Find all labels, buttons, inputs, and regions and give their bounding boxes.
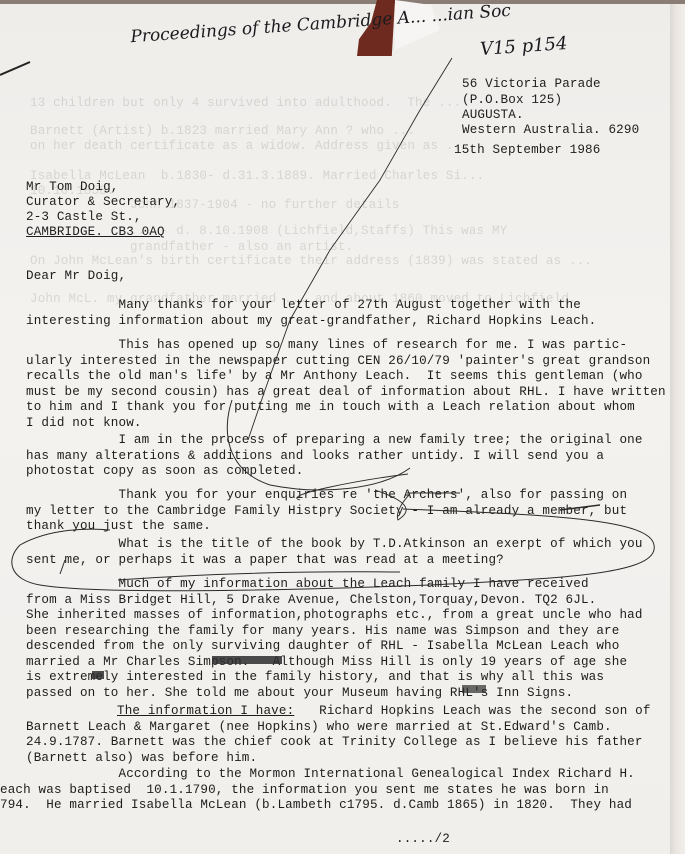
sender-address-line: 56 Victoria Parade [462,77,601,93]
information-line: 794. He married Isabella McLean (b.Lambe… [0,798,632,814]
body-line: She inherited masses of information,phot… [26,608,643,624]
body-line: sent me, or perhaps it was a paper that … [26,553,504,569]
body-line: has many alterations & additions and loo… [26,449,604,465]
body-line: ularly interested in the newspaper cutti… [26,354,650,370]
show-through-line: ... - d. 8.10.1908 (Lichfield,Staffs) Th… [130,224,507,238]
body-line: married a Mr Charles Simpson. Although M… [26,655,627,671]
page-continuation: ...../2 [396,832,450,848]
information-line: each was baptised 10.1.1790, the informa… [0,783,609,799]
letter-date: 15th September 1986 [454,143,600,159]
recipient-name: Mr Tom Doig, [26,180,119,196]
information-line: 24.9.1787. Barnett was the chief cook at… [26,735,643,751]
body-line: passed on to her. She told me about your… [26,686,573,702]
show-through-line: On John McLean's birth certificate their… [30,254,592,268]
recipient-street: 2-3 Castle St., [26,210,142,226]
information-heading: The information I have: [117,704,294,720]
sender-address-line: Western Australia. 6290 [462,123,639,139]
body-line: What is the title of the book by T.D.Atk… [26,537,643,553]
body-line: from a Miss Bridget Hill, 5 Drake Avenue… [26,593,596,609]
body-line: I am in the process of preparing a new f… [26,433,643,449]
information-line: (Barnett also) was before him. [26,751,257,767]
page-edge [670,0,685,854]
body-line: interesting information about my great-g… [26,314,596,330]
body-line: descended from the only surviving daught… [26,639,619,655]
body-line: is extremely interested in the family hi… [26,670,604,686]
body-line: must be my second cousin) has a great de… [26,385,666,401]
body-line: Thank you for your enquiries re 'the Arc… [26,488,627,504]
body-line: Much of my information about the Leach f… [26,577,589,593]
show-through-line: on her death certificate as a widow. Add… [30,139,469,153]
background-strip [0,0,685,4]
show-through-line: 13 children but only 4 survived into adu… [30,96,461,110]
sender-address-line: (P.O.Box 125) [462,93,562,109]
salutation: Dear Mr Doig, [26,269,126,285]
body-line: This has opened up so many lines of rese… [26,338,627,354]
body-line: photostat copy as soon as completed. [26,464,303,480]
body-line: I did not know. [26,416,142,432]
body-line: Many thanks for your letter of 27th Augu… [26,298,581,314]
body-line: been researching the family for many yea… [26,624,619,640]
body-line: recalls the old man's life' by a Mr Anth… [26,369,643,385]
information-line: Richard Hopkins Leach was the second son… [296,704,651,720]
information-line: Barnett Leach & Margaret (nee Hopkins) w… [26,720,612,736]
body-line: thank you just the same. [26,519,211,535]
recipient-title: Curator & Secretary, [26,195,180,211]
sender-address-line: AUGUSTA. [462,108,524,124]
information-line: According to the Mormon International Ge… [26,767,635,783]
recipient-city: CAMBRIDGE. CB3 0AQ [26,225,165,241]
show-through-line: Barnett (Artist) b.1823 married Mary Ann… [30,124,415,138]
body-line: my letter to the Cambridge Family Histpr… [26,504,627,520]
body-line: to him and I thank you for putting me in… [26,400,635,416]
show-through-line: grandfather - also an artist. [130,240,353,254]
